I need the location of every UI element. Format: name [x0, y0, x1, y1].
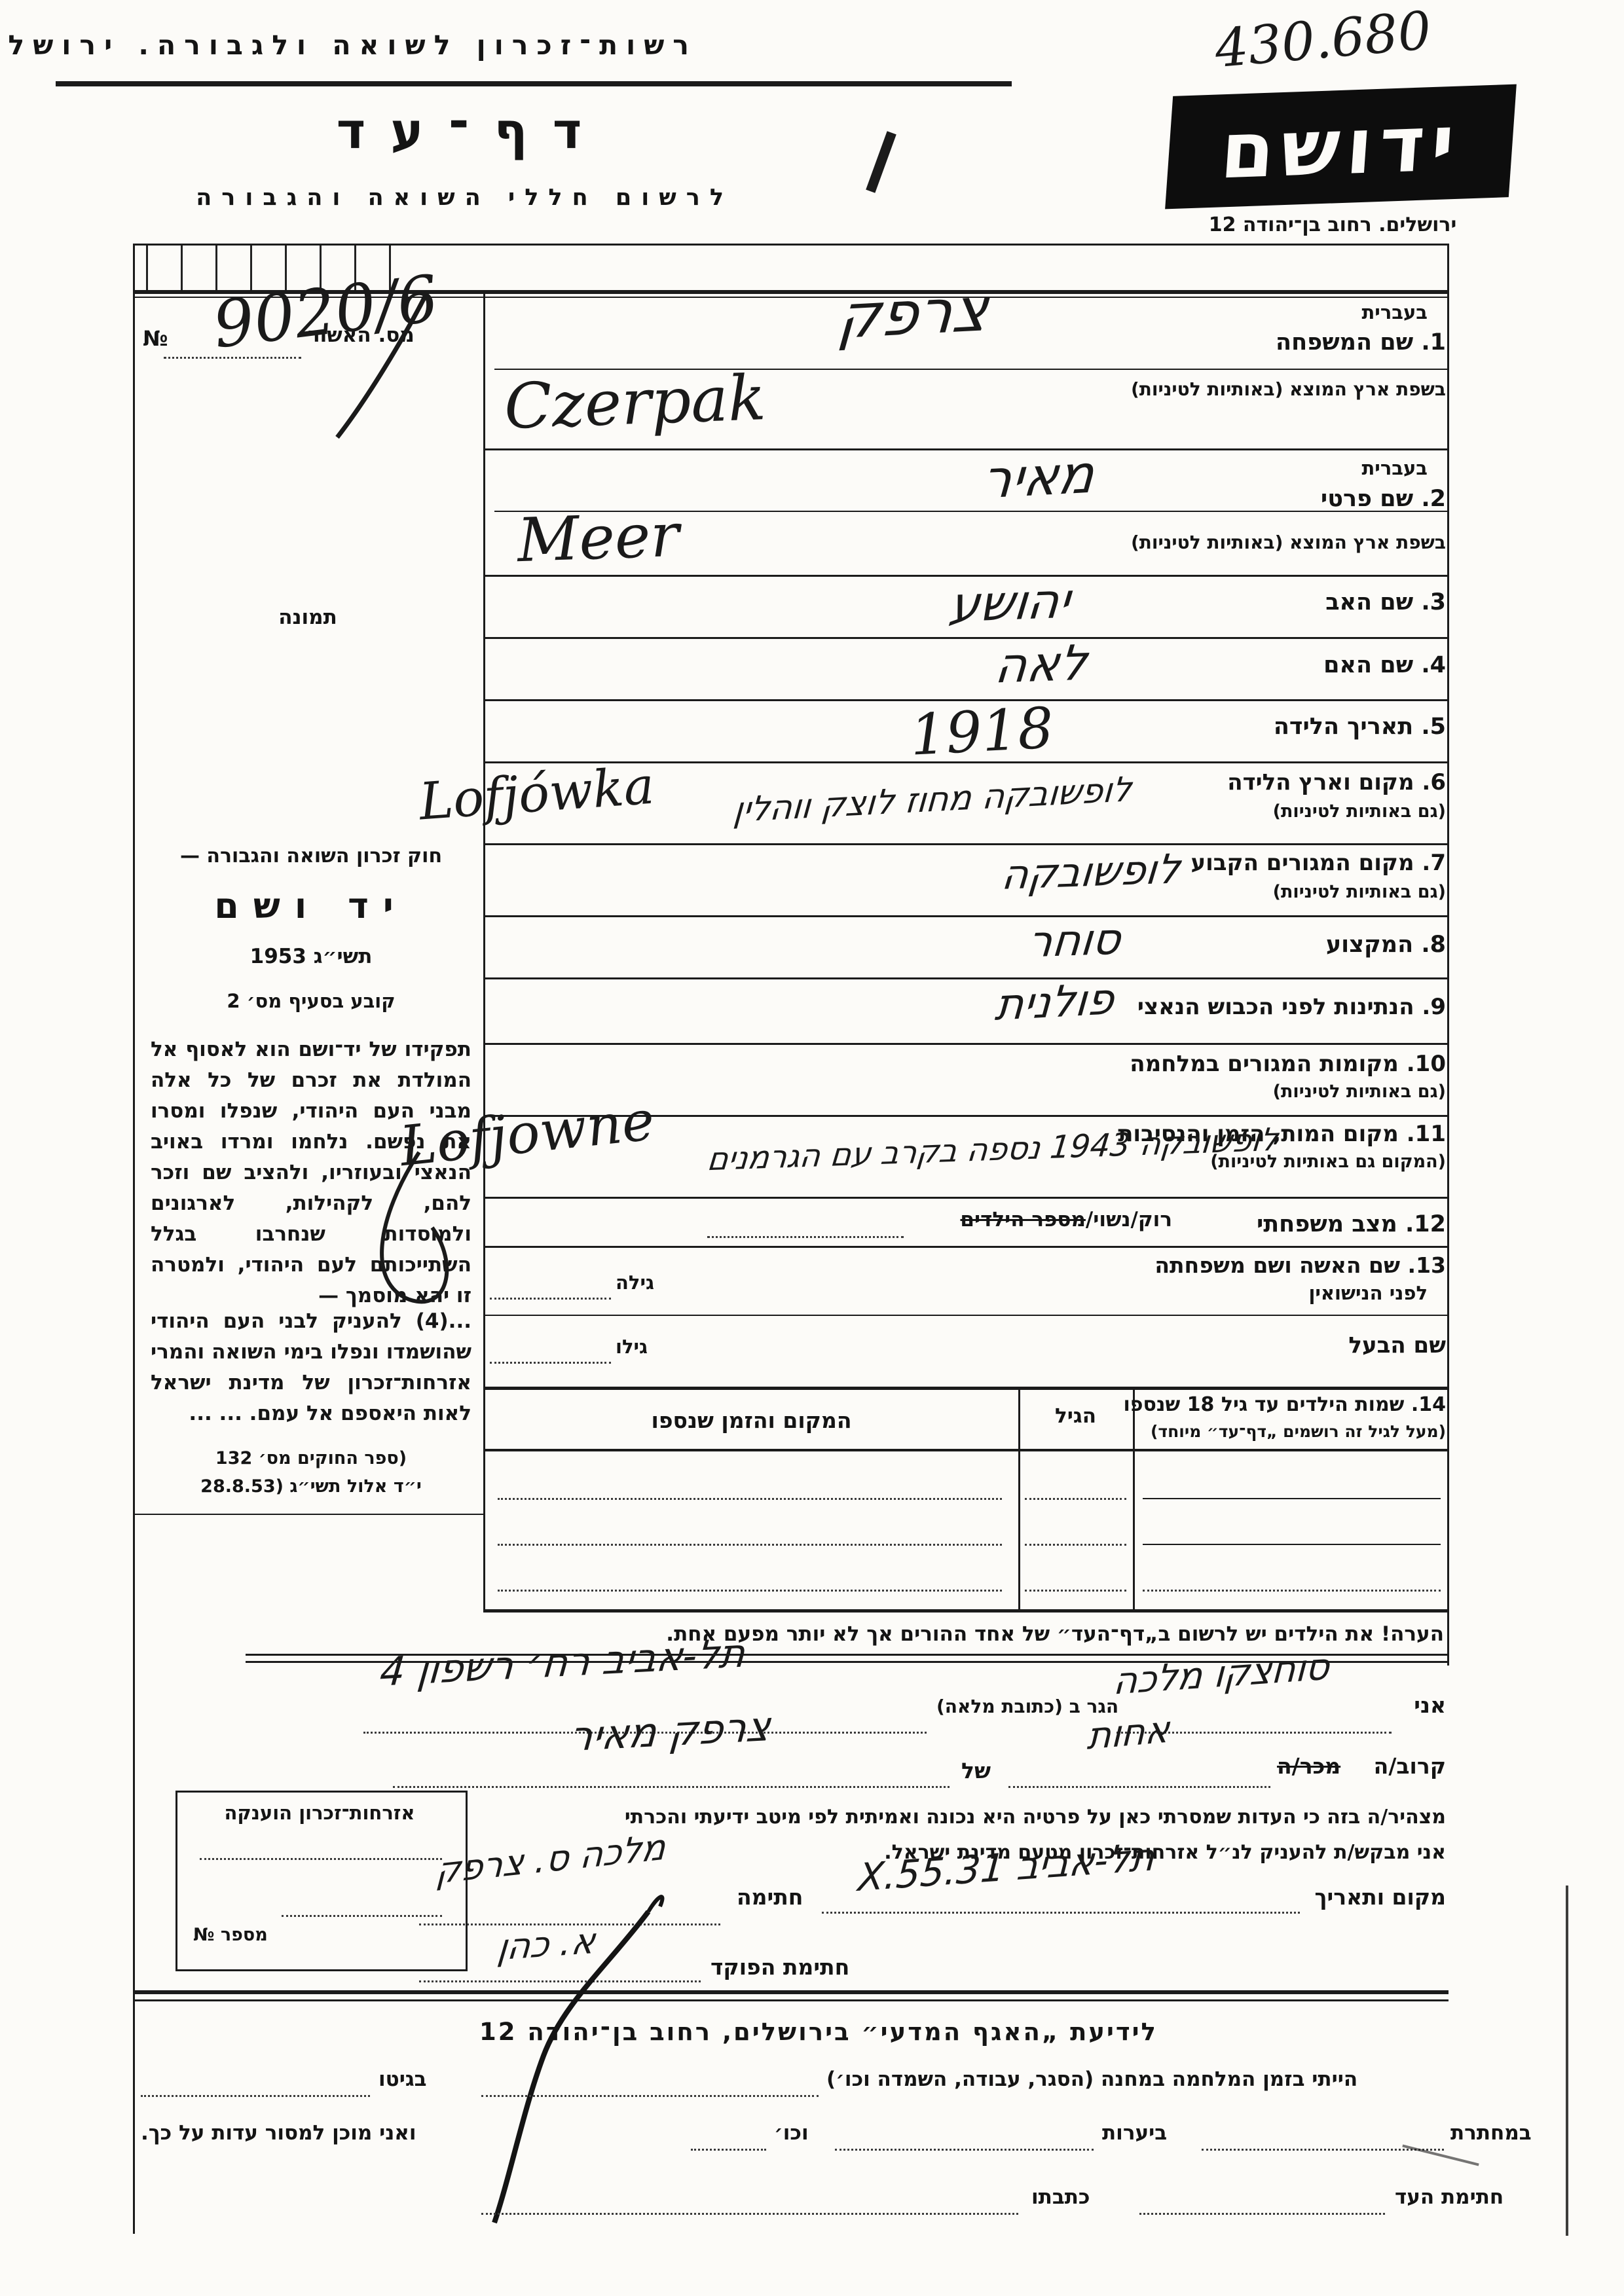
field1-hebrew-tag: בעברית [1362, 301, 1428, 323]
field9-label: 9. הנתינות לפני הכבוש הנאצי [1137, 994, 1446, 1020]
law-clause: קובע בסעיף מס׳ 2 [147, 990, 475, 1012]
table-row1-name-line [1143, 1498, 1441, 1499]
left-border [133, 244, 135, 2234]
field13-label-line1: 13. שם האשה ושם משפחתה [1154, 1252, 1446, 1278]
field8-sep [485, 977, 1449, 979]
table-row1-place-dotted [498, 1498, 1002, 1500]
field12-sep [485, 1246, 1449, 1248]
declaration-address-label: הגר ב (כתובת מלאה) [936, 1696, 1118, 1717]
field14-label-line2: (מעל לגיל זה רושמים „דף־עד״ מיוחד) [1151, 1422, 1446, 1441]
birth-place-latin-handwritten: Lofjówka [417, 757, 656, 832]
bottom-right-artifact [1402, 2145, 1479, 2166]
law-source-line2: י״ד אלול תשי״ג (28.8.53 [147, 1476, 475, 1497]
of-label: של [961, 1758, 991, 1783]
marital-dotted-line [707, 1236, 904, 1238]
field6-sub-label: (גם באותיות לטיניות) [1273, 801, 1446, 822]
citizenship-handwritten: פולנית [993, 974, 1116, 1030]
field5-label: 5. תאריך הלידה [1274, 714, 1446, 740]
table-header-underline [485, 1449, 1449, 1451]
signature-label: חתימה [737, 1884, 803, 1910]
ready-to-testify-label: ואני מוכן למסור עדות על כך. [141, 2121, 416, 2145]
left-column-bottom-line [134, 1514, 485, 1515]
family-name-hebrew-handwritten: צרפק [835, 274, 991, 353]
husband-age-label: גילו [616, 1336, 648, 1358]
first-name-latin-handwritten: Meer [516, 500, 680, 576]
relation-dotted [1008, 1786, 1270, 1788]
org-underline [56, 81, 1012, 86]
ghetto-label: בגיטו [378, 2068, 427, 2091]
form-title: דף־עד [314, 101, 629, 160]
place-date-label: מקום ותאריך [1314, 1884, 1446, 1910]
field12-label: 12. מצב משפחתי [1257, 1211, 1446, 1237]
yad-vashem-stamp: ידושם [1165, 84, 1517, 210]
field11-sep [485, 1197, 1449, 1199]
field1-sub-label: בשפת ארץ המוצא (באותיות לטיניות) [1131, 378, 1446, 400]
wife-age-label: גילה [616, 1271, 654, 1294]
bottom-section-rule-1 [134, 1990, 1449, 1994]
field14-label-line1: 14. שמות הילדים עד גיל 18 שנספו [1123, 1393, 1446, 1416]
witness-address-dotted [481, 2213, 1018, 2215]
table-bottom-border [485, 1609, 1449, 1613]
field1-label: 1. שם המשפחה [1276, 329, 1446, 355]
subject-name-handwritten: צרפק מאיר [568, 1702, 773, 1760]
camp-dotted [481, 2095, 819, 2097]
marital-options-text: רוק/נשוי/ [1086, 1208, 1172, 1231]
clerk-signature-dotted [419, 1980, 701, 1982]
forests-label: ביערות [1102, 2121, 1167, 2145]
declarant-signature-handwritten: מלכה ס. צרפק [435, 1826, 667, 1892]
husband-name-label: שם הבעל [1348, 1332, 1446, 1358]
etc-label: וכו׳ [774, 2121, 809, 2145]
wife-age-dotted [490, 1298, 611, 1300]
relation-handwritten: אחות [1086, 1708, 1171, 1758]
scan-edge-artifact [1566, 1886, 1568, 2236]
law-heading: חוק זכרון השואה והגבורה — [147, 845, 475, 867]
first-name-hebrew-handwritten: מאיר [980, 443, 1097, 510]
field13-label-line2: לפני הנישואין [1308, 1282, 1428, 1304]
field1-sep [485, 448, 1449, 450]
relative-label: קרוב/ה [1374, 1753, 1446, 1779]
camp-label: הייתי בזמן המלחמה במחנה (הסגר, עבודה, הש… [826, 2068, 1357, 2091]
etc-dotted [691, 2149, 766, 2151]
field13-inner-sep [485, 1315, 1449, 1316]
family-name-latin-handwritten: Czerpak [503, 362, 767, 443]
table-row3-age-dotted [1025, 1590, 1126, 1592]
marital-status-options: רוק/נשוי/מספר הילדים [960, 1208, 1172, 1231]
law-clause4-paragraph: ...(4) להעניק לבני העם היהודי שהושמדו ונ… [151, 1306, 471, 1429]
place-date-dotted [822, 1912, 1300, 1914]
field4-label: 4. שם האם [1323, 652, 1446, 678]
witness-signature-dotted [1139, 2213, 1385, 2215]
underground-dotted [1202, 2149, 1444, 2151]
memorial-box-dotted-2 [282, 1915, 442, 1917]
form-subtitle: לרשום חללי השואה והגבורה [223, 185, 733, 211]
table-col-age-header: הגיל [1018, 1404, 1133, 1428]
testimony-page-scan: רשות־זכרון לשואה ולגבורה. ירושלים דף־עד … [0, 0, 1624, 2296]
law-year: תשי״ג 1953 [147, 945, 475, 968]
residence-handwritten: לופשובקה [999, 845, 1183, 899]
field3-sep [485, 637, 1449, 639]
org-title: רשות־זכרון לשואה ולגבורה. ירושלים [0, 29, 697, 61]
field7-sub-label: (גם באותיות לטיניות) [1273, 882, 1446, 902]
forests-dotted [835, 2149, 1094, 2151]
table-row1-age-dotted [1025, 1498, 1126, 1500]
field6-sep [485, 843, 1449, 845]
table-row3-name-dotted [1143, 1590, 1441, 1592]
father-name-handwritten: יהושע [947, 573, 1073, 634]
clerk-signature-label: חתימת הפוקד [710, 1954, 849, 1980]
death-details-hebrew-handwritten: לופשובקה 1943 נספה בקרב עם הגרמנים [705, 1121, 1280, 1178]
scientific-branch-info-line: לידיעת „האגף המדעי״ בירושלים, רחוב בן־יה… [432, 2018, 1205, 2046]
witness-signature-label: חתימת העד [1395, 2185, 1504, 2209]
law-name: יד ושם [147, 885, 475, 926]
field10-label: 10. מקומות המגורים במלחמה [1130, 1051, 1446, 1077]
birth-date-handwritten: 1918 [909, 695, 1056, 768]
memorial-box-title: אזרחות־זכרון הוענקה [182, 1802, 457, 1824]
field7-label: 7. מקום המגורים הקבוע [1190, 850, 1446, 876]
law-source-line1: (ספר החוקים מס׳ 132 [147, 1448, 475, 1468]
mother-name-handwritten: לאה [993, 634, 1090, 694]
stamp-text: ידושם [1218, 97, 1464, 196]
marital-struck-text: מספר הילדים [960, 1208, 1085, 1231]
bottom-section-rule-2 [134, 1999, 1449, 2001]
memorial-box-dotted-1 [200, 1858, 442, 1860]
stray-mark [866, 131, 896, 192]
approval-number-sign: № [143, 326, 168, 351]
field9-sep [485, 1043, 1449, 1045]
doc-number-handwritten: 430.680 [1213, 0, 1434, 79]
field8-label: 8. המקצוע [1326, 932, 1446, 958]
field6-label: 6. מקום וארץ הלידה [1227, 769, 1446, 795]
profession-handwritten: סוחר [1025, 913, 1123, 967]
table-row3-place-dotted [498, 1590, 1002, 1592]
statement-line1: מצהיר/ה בזה כי העדות שמסרתי כאן על פרטיה… [385, 1806, 1446, 1829]
birth-place-hebrew-handwritten: לופשובקה מחוז לוצק ווהלין [732, 770, 1134, 830]
table-row2-age-dotted [1025, 1544, 1126, 1546]
memorial-box-number-label: מספר № [193, 1925, 268, 1945]
clerk-signature-handwritten: א. כהן [496, 1920, 597, 1968]
field7-sep [485, 915, 1449, 917]
right-border [1447, 244, 1449, 1666]
table-row2-place-dotted [498, 1544, 1002, 1546]
underground-label: במחתרת [1450, 2121, 1532, 2145]
table-col-place-header: המקום והזמן שנספו [485, 1408, 1018, 1433]
field3-label: 3. שם האב [1325, 589, 1446, 615]
field2-label: 2. שם פרטי [1321, 486, 1446, 512]
witness-address-label: כתבתו [1031, 2185, 1090, 2209]
children-note: הערה! את הילדים יש לרשום ב„דף־העד״ של אח… [239, 1622, 1444, 1646]
field10-sub-label: (גם באותיות לטיניות) [1273, 1082, 1446, 1102]
ghetto-dotted [141, 2095, 370, 2097]
photo-placeholder-label: תמונה [249, 606, 367, 629]
subject-name-dotted [393, 1786, 950, 1788]
field2-sub-label: בשפת ארץ המוצא (באותיות לטיניות) [1131, 532, 1446, 553]
table-vline-age-label [1133, 1387, 1135, 1613]
declaration-i-label: אני [1414, 1692, 1446, 1718]
acquaintance-struck-label: מכר/ה [1277, 1753, 1340, 1779]
stamp-address: ירושלים. רחוב בן־יהודה 12 [1166, 213, 1500, 236]
field2-hebrew-tag: בעברית [1362, 457, 1428, 479]
husband-age-dotted [490, 1362, 611, 1364]
table-top-border [485, 1387, 1449, 1390]
table-row2-name-line [1143, 1544, 1441, 1545]
